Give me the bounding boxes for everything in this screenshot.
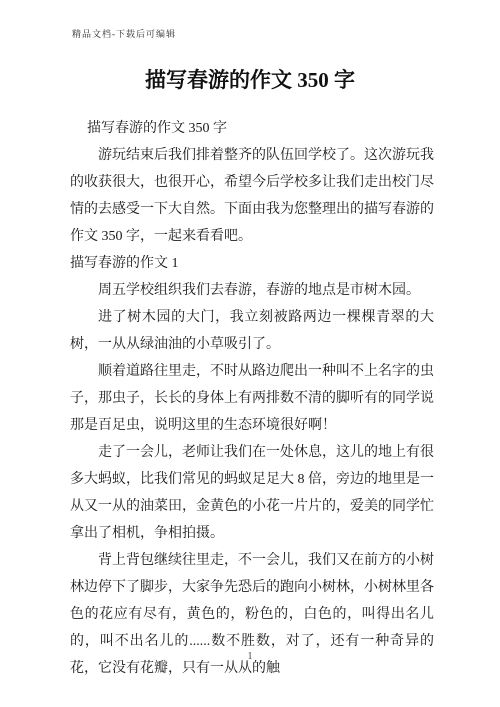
doc-body: 描写春游的作文 350 字 游玩结束后我们排着整齐的队伍回学校了。这次游玩我的收…	[70, 115, 434, 682]
intro-paragraph: 游玩结束后我们排着整齐的队伍回学校了。这次游玩我的收获很大，也很开心，希望今后学…	[70, 142, 434, 250]
body-paragraph-4: 走了一会儿，老师让我们在一处休息，这儿的地上有很多大蚂蚁，比我们常见的蚂蚁足足大…	[70, 439, 434, 547]
page-number: 1	[0, 651, 500, 662]
doc-subtitle: 描写春游的作文 350 字	[70, 115, 434, 142]
header-note: 精品文档-下载后可编辑	[72, 27, 176, 40]
doc-title: 描写春游的作文 350 字	[0, 64, 500, 94]
body-paragraph-3: 顺着道路往里走，不时从路边爬出一种叫不上名字的虫子，那虫子，长长的身体上有两排数…	[70, 358, 434, 439]
body-paragraph-1: 周五学校组织我们去春游，春游的地点是市树木园。	[70, 277, 434, 304]
body-paragraph-2: 进了树木园的大门，我立刻被路两边一棵棵青翠的大树，一从从绿油油的小草吸引了。	[70, 304, 434, 358]
document-page: 精品文档-下载后可编辑 描写春游的作文 350 字 描写春游的作文 350 字 …	[0, 0, 500, 707]
section-heading: 描写春游的作文 1	[70, 250, 434, 277]
